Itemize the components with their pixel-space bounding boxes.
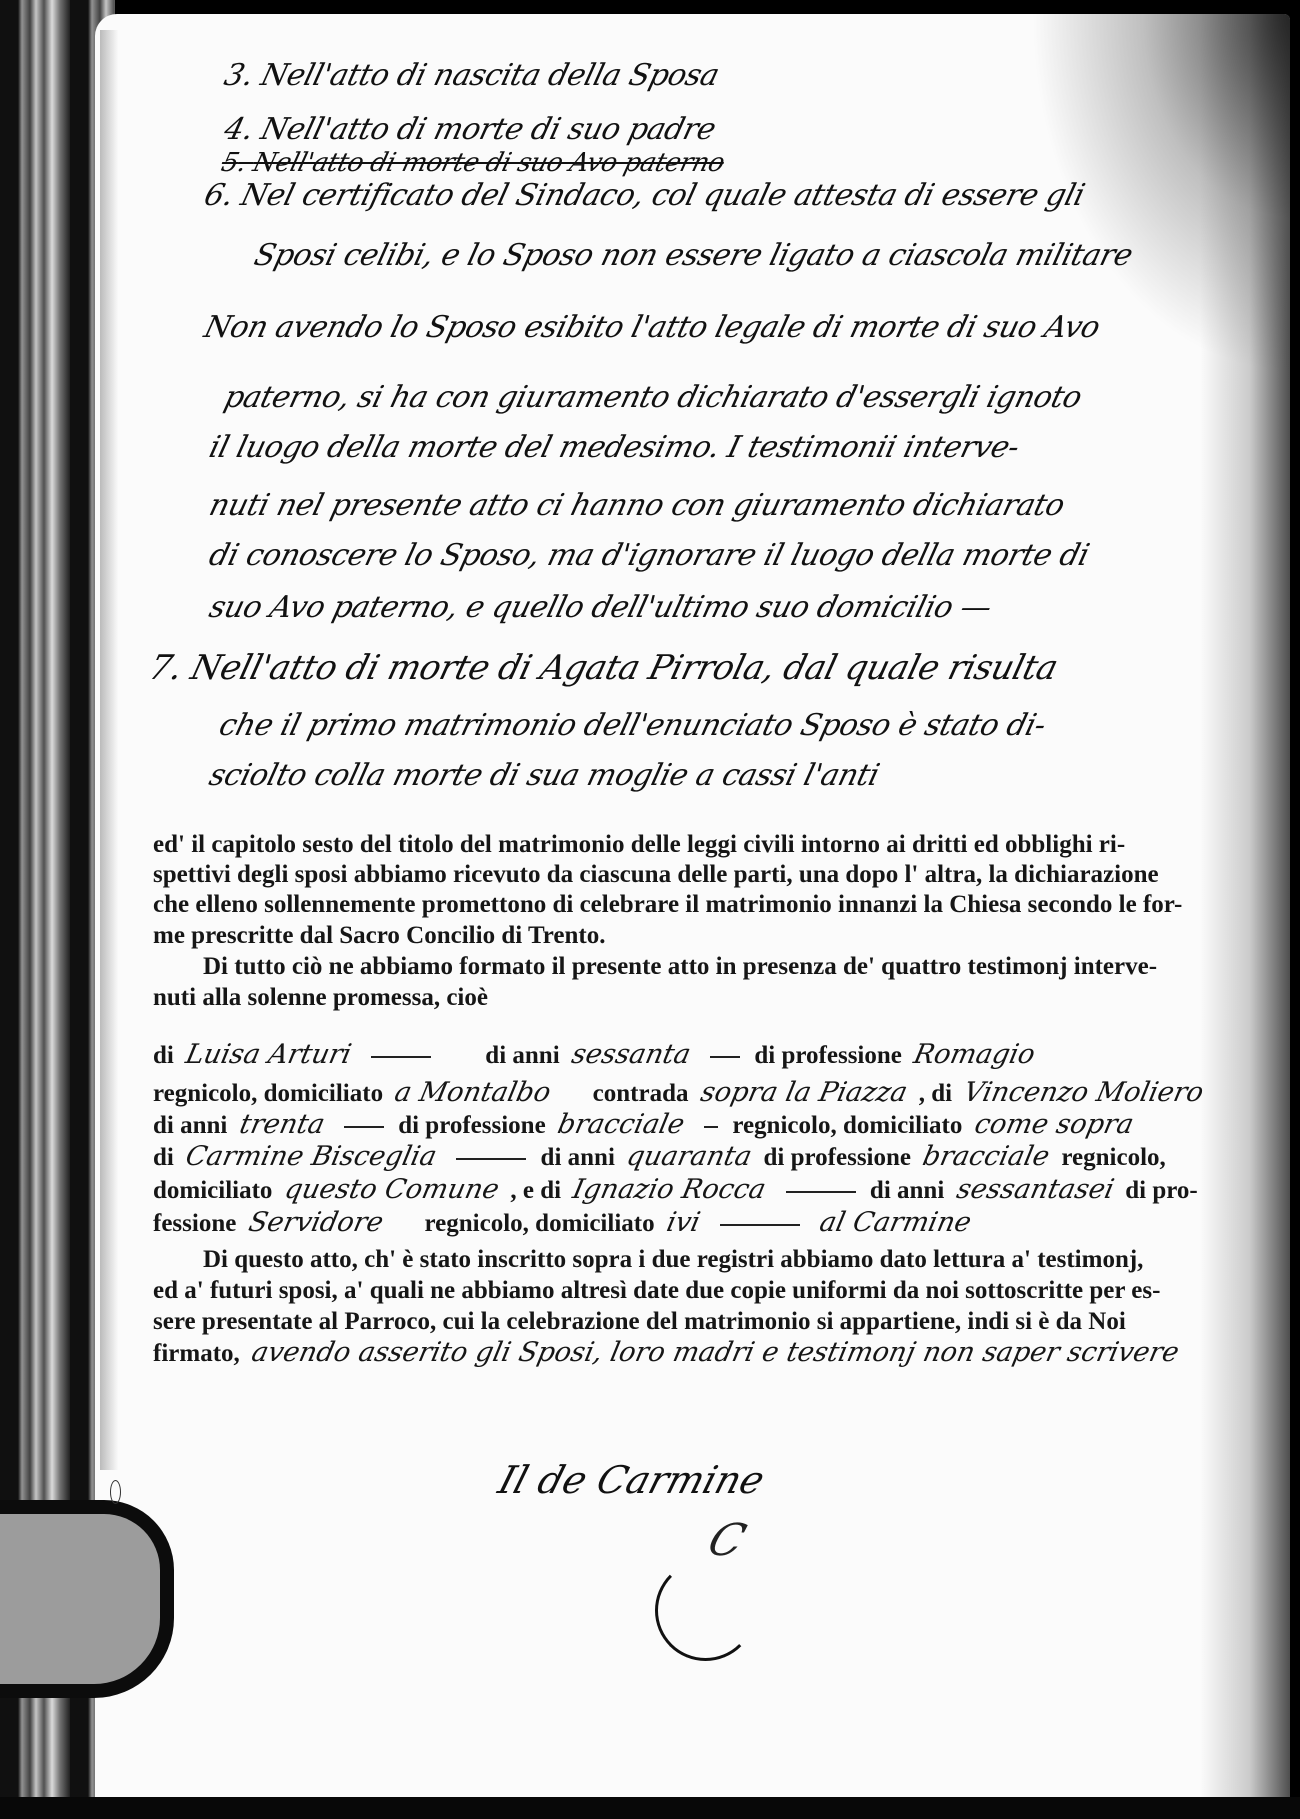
printed-line: ed a' futuri sposi, a' quali ne abbiamo … [153,1276,1160,1307]
handwritten-line: paterno, si ha con giuramento dichiarato… [221,380,1086,415]
printed-line: ed' il capitolo sesto del titolo del mat… [153,830,1125,861]
signature-paraph-flourish [655,1560,756,1661]
witness-1-street: sopra la Piazza [692,1078,916,1109]
official-signature: Il de Carmine [494,1458,770,1502]
printed-line: che elleno sollennemente promettono di c… [153,890,1182,921]
witness-1-residence: a Montalbo [386,1078,560,1109]
witness-2-profession: bracciale [549,1110,693,1141]
witness-4-age: sessantasei [947,1175,1122,1206]
thumb-holding-page [0,1500,174,1698]
handwritten-item-3: 3. Nell'atto di nascita della Sposa [221,58,723,93]
handwritten-line: che il primo matrimonio dell'enunciato S… [216,708,1049,743]
printed-line: nuti alla solenne promessa, cioè [153,983,488,1014]
handwritten-item-4: 4. Nell'atto di morte di suo padre [221,112,720,147]
witness-1-profession: Romagio [905,1040,1044,1071]
witness-1-name: Luisa Arturi [177,1040,360,1071]
closing-handwritten-note: avendo asserito gli Sposi, loro madri e … [243,1338,1188,1369]
handwritten-line: suo Avo paterno, e quello dell'ultimo su… [206,590,995,625]
handwritten-line: Sposi celibi, e lo Sposo non essere liga… [251,238,1136,273]
witness-3-residence: questo Comune [275,1175,507,1206]
handwritten-line: il luogo della morte del medesimo. I tes… [206,430,1023,465]
scan-bottom-edge [0,1797,1300,1819]
handwritten-line: Non avendo lo Sposo esibito l'atto legal… [201,310,1104,345]
witness-2-name: Vincenzo Moliero [955,1078,1212,1109]
witness-4-name: Ignazio Rocca [564,1175,775,1206]
handwritten-line: sciolto colla morte di sua moglie a cass… [206,758,883,793]
handwritten-item-7: 7. Nell'atto di morte di Agata Pirrola, … [145,648,1062,688]
witness-3-profession: bracciale [914,1142,1058,1173]
printed-line: sere presentate al Parroco, cui la celeb… [153,1307,1126,1338]
witness-4-residence: ivi [658,1208,709,1239]
witness-3-name: Carmine Bisceglia [177,1142,445,1173]
printed-line: me prescritte dal Sacro Concilio di Tren… [153,921,606,952]
handwritten-line: nuti nel presente atto ci hanno con giur… [206,488,1068,523]
witness-4-profession: Servidore [239,1208,391,1239]
printed-line: Di tutto ciò ne abbiamo formato il prese… [203,952,1157,983]
printed-line: spettivi degli sposi abbiamo ricevuto da… [153,860,1159,891]
witness-2-age: trenta [230,1110,333,1141]
handwritten-item-6: 6. Nel certificato del Sindaco, col qual… [201,178,1088,213]
witness-3-age: quaranta [618,1142,761,1173]
witness-2-residence: come sopra [965,1110,1141,1141]
printed-line: Di questo atto, ch' è stato inscritto so… [203,1245,1143,1276]
handwritten-item-5-struck: 5. Nell'atto di morte di suo Avo paterno [218,148,727,178]
witness-4-street: al Carmine [811,1208,980,1239]
page-gutter [100,30,118,1470]
printed-line: firmato, [153,1340,240,1367]
handwritten-line: di conoscere lo Sposo, ma d'ignorare il … [206,538,1093,573]
witness-1-age: sessanta [563,1040,699,1071]
paper-mark [110,1480,121,1504]
